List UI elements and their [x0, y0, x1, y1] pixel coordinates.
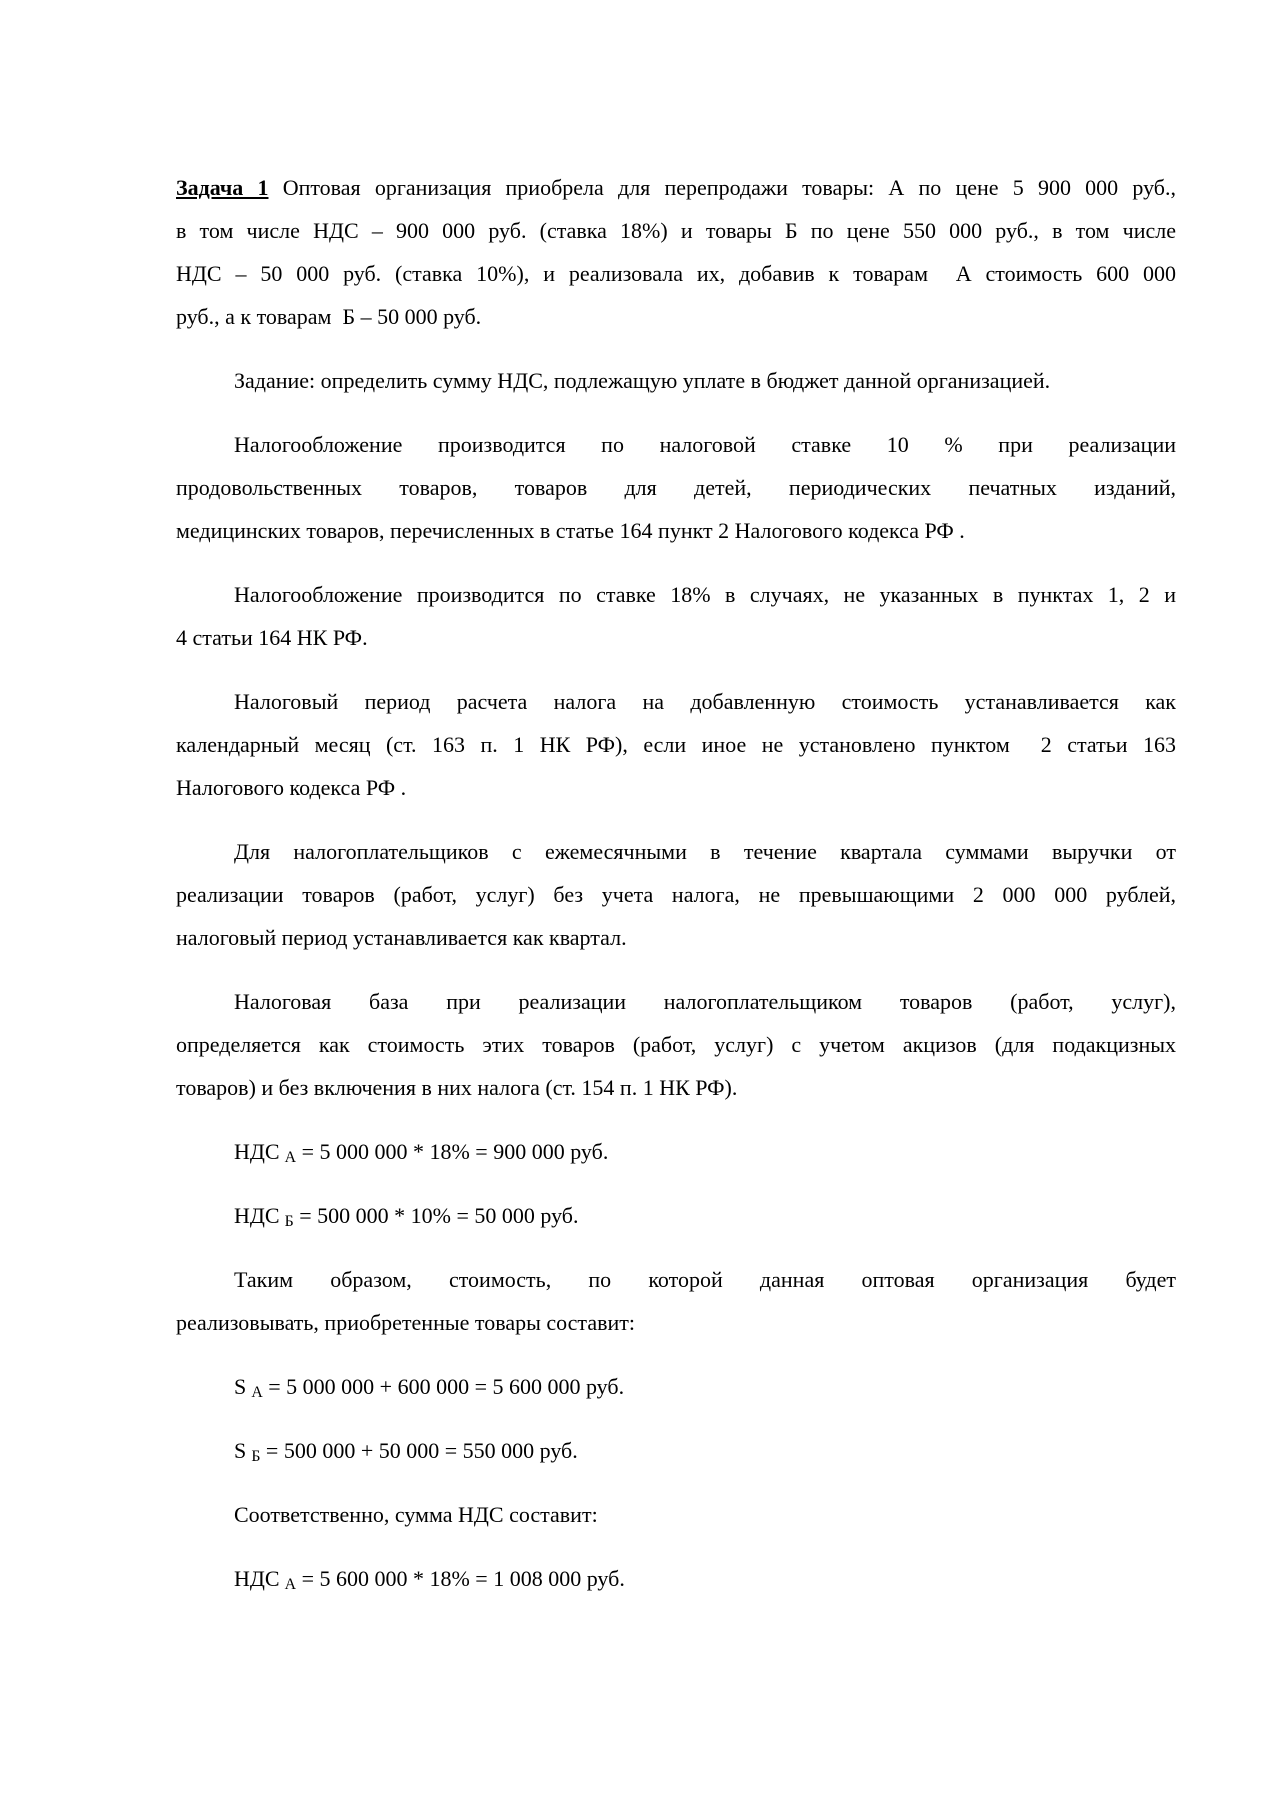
text-line: Соответственно, сумма НДС составит:	[176, 1493, 1176, 1536]
text-line: Налоговый период расчета налога на добав…	[176, 680, 1176, 723]
text-line: налоговый период устанавливается как ква…	[176, 916, 1176, 959]
task-title: Задача 1	[176, 175, 268, 200]
paragraph-rate-10: Налогообложение производится по налогово…	[176, 423, 1176, 552]
text-span: Оптовая организация приобрела для перепр…	[268, 175, 1176, 200]
formula-text: = 500 000 * 10% = 50 000 руб.	[294, 1203, 579, 1228]
formula-subscript: Б	[251, 1448, 260, 1465]
text-line: Налоговая база при реализации налогоплат…	[176, 980, 1176, 1023]
paragraph-assignment: Задание: определить сумму НДС, подлежащу…	[176, 359, 1176, 402]
formula-base: НДС	[234, 1203, 280, 1228]
formula-price-a: SА = 5 000 000 + 600 000 = 5 600 000 руб…	[176, 1365, 1176, 1408]
formula-base: НДС	[234, 1139, 280, 1164]
text-line: календарный месяц (ст. 163 п. 1 НК РФ), …	[176, 723, 1176, 766]
text-line: НДС – 50 000 руб. (ставка 10%), и реализ…	[176, 252, 1176, 295]
paragraph-tax-period: Налоговый период расчета налога на добав…	[176, 680, 1176, 809]
formula-price-b: SБ = 500 000 + 50 000 = 550 000 руб.	[176, 1429, 1176, 1472]
text-line: Таким образом, стоимость, по которой дан…	[176, 1258, 1176, 1301]
paragraph-vat-sum-intro: Соответственно, сумма НДС составит:	[176, 1493, 1176, 1536]
formula-text: = 5 000 000 * 18% = 900 000 руб.	[296, 1139, 608, 1164]
paragraph-tax-base: Налоговая база при реализации налогоплат…	[176, 980, 1176, 1109]
paragraph-rate-18: Налогообложение производится по ставке 1…	[176, 573, 1176, 659]
paragraph-quarter-period: Для налогоплательщиков с ежемесячными в …	[176, 830, 1176, 959]
text-line: реализации товаров (работ, услуг) без уч…	[176, 873, 1176, 916]
formula-base: S	[234, 1438, 246, 1463]
text-line: товаров) и без включения в них налога (с…	[176, 1066, 1176, 1109]
text-line: 4 статьи 164 НК РФ.	[176, 616, 1176, 659]
text-line: в том числе НДС – 900 000 руб. (ставка 1…	[176, 209, 1176, 252]
paragraph-task-statement: Задача 1 Оптовая организация приобрела д…	[176, 166, 1176, 338]
formula-text: = 5 000 000 + 600 000 = 5 600 000 руб.	[263, 1374, 624, 1399]
text-line: Налогообложение производится по налогово…	[176, 423, 1176, 466]
text-line: реализовывать, приобретенные товары сост…	[176, 1301, 1176, 1344]
text-line: Задание: определить сумму НДС, подлежащу…	[176, 359, 1176, 402]
text-line: медицинских товаров, перечисленных в ста…	[176, 509, 1176, 552]
formula-vat-a-purchase: НДСА = 5 000 000 * 18% = 900 000 руб.	[176, 1130, 1176, 1173]
text-line: Для налогоплательщиков с ежемесячными в …	[176, 830, 1176, 873]
formula-base: S	[234, 1374, 246, 1399]
text-line: продовольственных товаров, товаров для д…	[176, 466, 1176, 509]
document-page: Задача 1 Оптовая организация приобрела д…	[176, 166, 1176, 1621]
formula-text: = 500 000 + 50 000 = 550 000 руб.	[260, 1438, 577, 1463]
formula-subscript: А	[285, 1149, 296, 1166]
text-line: определяется как стоимость этих товаров …	[176, 1023, 1176, 1066]
formula-subscript: А	[285, 1576, 296, 1593]
formula-base: НДС	[234, 1566, 280, 1591]
formula-vat-a-sale: НДСА = 5 600 000 * 18% = 1 008 000 руб.	[176, 1557, 1176, 1600]
formula-text: = 5 600 000 * 18% = 1 008 000 руб.	[296, 1566, 625, 1591]
formula-vat-b-purchase: НДСБ = 500 000 * 10% = 50 000 руб.	[176, 1194, 1176, 1237]
text-line: Задача 1 Оптовая организация приобрела д…	[176, 166, 1176, 209]
text-line: Налогового кодекса РФ .	[176, 766, 1176, 809]
formula-subscript: Б	[285, 1213, 294, 1230]
paragraph-selling-price-intro: Таким образом, стоимость, по которой дан…	[176, 1258, 1176, 1344]
text-line: руб., а к товарам Б – 50 000 руб.	[176, 295, 1176, 338]
text-line: Налогообложение производится по ставке 1…	[176, 573, 1176, 616]
formula-subscript: А	[251, 1384, 262, 1401]
